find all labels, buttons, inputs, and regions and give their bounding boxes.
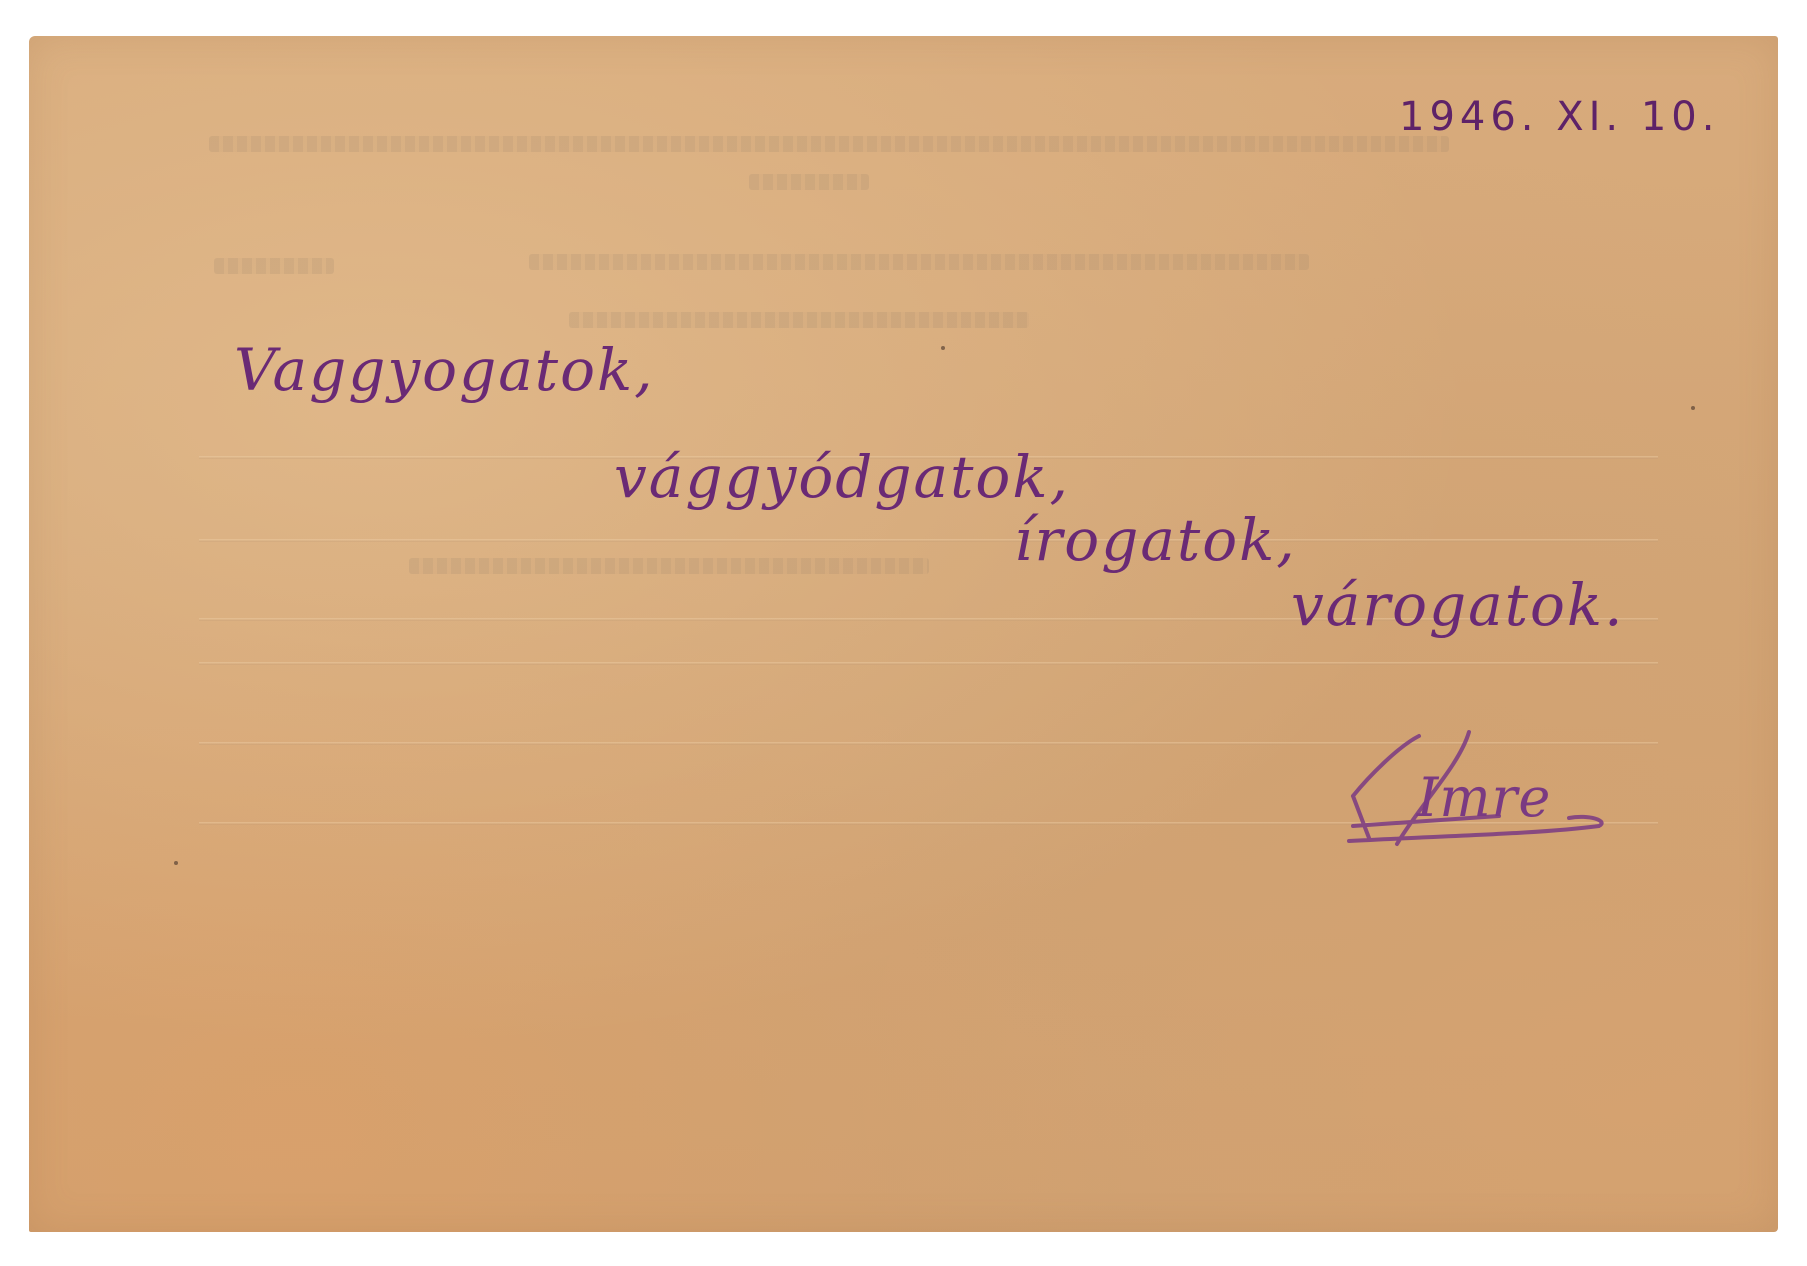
handwritten-line-2: vággyódgatok, (614, 443, 1070, 511)
handwritten-line-4: várogatok. (1291, 571, 1625, 639)
paper-speck (1691, 406, 1695, 410)
faint-printed-line (529, 254, 1309, 270)
faint-printed-line (214, 258, 334, 274)
handwritten-date: 1946. XI. 10. (1399, 94, 1719, 140)
signature-text: Imre (1417, 766, 1551, 829)
ruled-line (199, 662, 1658, 665)
handwritten-line-3: írogatok, (1014, 506, 1297, 574)
paper-speck (174, 861, 178, 865)
handwritten-line-1: Vaggyogatok, (234, 336, 655, 404)
signature: Imre (1339, 726, 1619, 876)
paper-speck (941, 346, 945, 350)
faint-printed-line (409, 558, 929, 574)
paper-card: 1946. XI. 10. Vaggyogatok, vággyódgatok,… (29, 36, 1778, 1232)
faint-printed-line (569, 312, 1029, 328)
ruled-line (199, 539, 1658, 542)
faint-printed-subheading (749, 174, 869, 190)
faint-printed-heading (209, 136, 1449, 152)
